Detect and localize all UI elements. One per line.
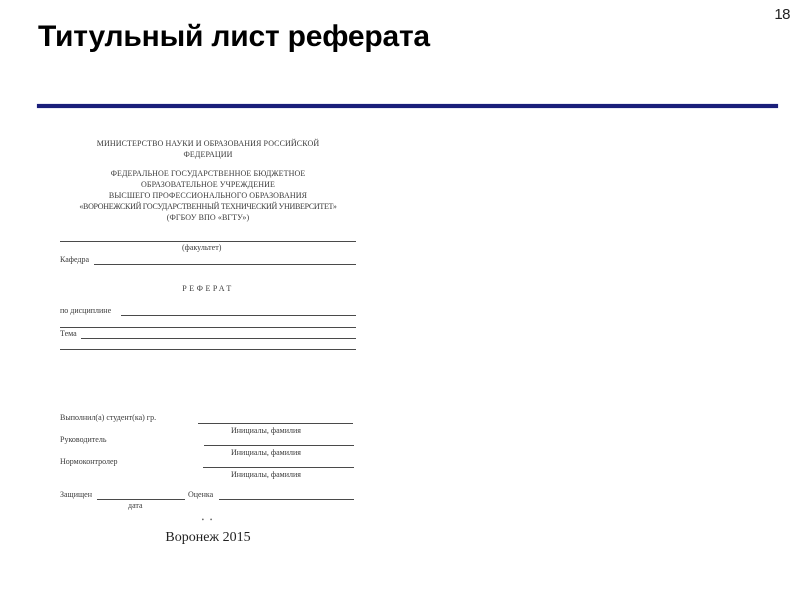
norm-controller-label: Нормоконтролер (60, 457, 118, 466)
university-header: ФЕДЕРАЛЬНОЕ ГОСУДАРСТВЕННОЕ БЮДЖЕТНОЕ ОБ… (60, 168, 356, 223)
norm-controller-field-line (203, 467, 354, 468)
norm-controller-caption: Инициалы, фамилия (231, 470, 301, 479)
topic-label: Тема (60, 329, 77, 338)
decorative-dots: • • (60, 516, 356, 524)
discipline-field-line-2 (60, 327, 356, 328)
supervisor-label: Руководитель (60, 435, 106, 444)
university-line-1: ФЕДЕРАЛЬНОЕ ГОСУДАРСТВЕННОЕ БЮДЖЕТНОЕ (60, 168, 356, 179)
completed-by-caption: Инициалы, фамилия (231, 426, 301, 435)
department-label: Кафедра (60, 255, 89, 264)
faculty-field-line (60, 241, 356, 242)
date-caption: дата (128, 501, 143, 510)
university-line-3: ВЫСШЕГО ПРОФЕССИОНАЛЬНОГО ОБРАЗОВАНИЯ (60, 190, 356, 201)
title-page-document: МИНИСТЕРСТВО НАУКИ И ОБРАЗОВАНИЯ РОССИЙС… (60, 130, 356, 550)
document-type-heading: РЕФЕРАТ (60, 284, 356, 293)
discipline-label: по дисциплине (60, 306, 111, 315)
grade-field-line (219, 499, 354, 500)
city-year: Воронеж 2015 (9, 530, 407, 546)
discipline-field-line (121, 315, 356, 316)
slide-title: Титульный лист реферата (38, 20, 430, 54)
completed-by-label: Выполнил(а) студент(ка) гр. (60, 413, 156, 422)
university-line-5: (ФГБОУ ВПО «ВГТУ») (60, 212, 356, 223)
university-line-2: ОБРАЗОВАТЕЛЬНОЕ УЧРЕЖДЕНИЕ (60, 179, 356, 190)
ministry-line-2: ФЕДЕРАЦИИ (60, 149, 356, 160)
supervisor-caption: Инициалы, фамилия (231, 448, 301, 457)
supervisor-field-line (204, 445, 354, 446)
defended-label: Защищен (60, 490, 92, 499)
ministry-line-1: МИНИСТЕРСТВО НАУКИ И ОБРАЗОВАНИЯ РОССИЙС… (60, 138, 356, 149)
title-divider (37, 104, 778, 108)
university-line-4: «ВОРОНЕЖСКИЙ ГОСУДАРСТВЕННЫЙ ТЕХНИЧЕСКИЙ… (54, 201, 362, 212)
grade-label: Оценка (188, 490, 213, 499)
topic-field-line (81, 338, 356, 339)
department-field-line (94, 264, 356, 265)
topic-field-line-2 (60, 349, 356, 350)
faculty-caption: (факультет) (182, 243, 221, 252)
completed-by-field-line (198, 423, 353, 424)
ministry-header: МИНИСТЕРСТВО НАУКИ И ОБРАЗОВАНИЯ РОССИЙС… (60, 138, 356, 160)
defended-date-line (97, 499, 185, 500)
slide-number: 18 (774, 6, 790, 23)
